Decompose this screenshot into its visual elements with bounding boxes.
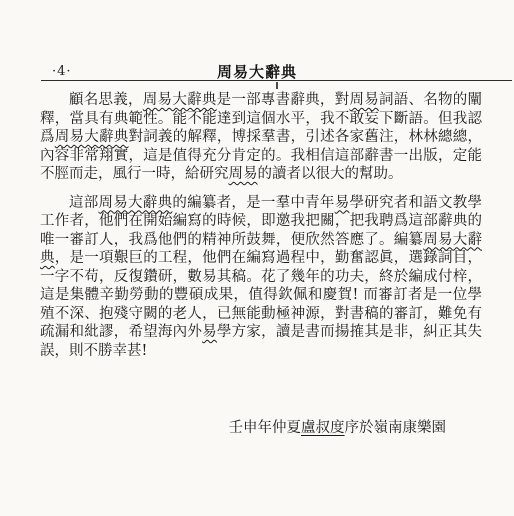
- book-title-mark: 周易大辭典: [143, 92, 217, 108]
- text-run: 是一部專書辭典，對: [217, 92, 350, 108]
- text-run: 的編纂者，是一羣中青年: [172, 195, 334, 211]
- paragraph-2: 這部周易大辭典的編纂者，是一羣中青年易學研究者和語文教學工作者，他們在開始編寫的…: [40, 194, 482, 361]
- book-title-mark: 周易大辭典: [99, 195, 173, 211]
- book-title-mark: 周易: [349, 92, 379, 108]
- header-rule: [41, 80, 512, 81]
- book-title-mark: 周易: [229, 166, 258, 182]
- book-title-mark: 易: [335, 195, 350, 211]
- book-title-mark: 周易大辭典: [55, 129, 129, 145]
- person-name-mark: 盧叔度: [301, 420, 345, 436]
- book-title-mark: 易: [202, 324, 217, 340]
- text-run: 顧名思義，: [69, 92, 143, 108]
- text-run: 這部: [69, 195, 99, 211]
- paragraph-1: 顧名思義，周易大辭典是一部專書辭典，對周易詞語、名物的闡釋，當具有典範性。能不能…: [40, 91, 482, 184]
- book-page: ·4· 周易大辭典 顧名思義，周易大辭典是一部專書辭典，對周易詞語、名物的闡釋，…: [0, 0, 514, 516]
- preface-text: 顧名思義，周易大辭典是一部專書辭典，對周易詞語、名物的闡釋，當具有典範性。能不能…: [40, 91, 482, 438]
- text-run: 的讀者以很大的幫助。: [258, 166, 403, 182]
- running-title: 周易大辭典: [0, 61, 514, 82]
- text-run: 序於嶺南康樂園: [345, 420, 447, 436]
- scan-mark-tick: [276, 82, 278, 89]
- signature-line: 壬申年仲夏盧叔度序於嶺南康樂園: [40, 419, 482, 438]
- text-run: 壬申年仲夏: [229, 420, 302, 436]
